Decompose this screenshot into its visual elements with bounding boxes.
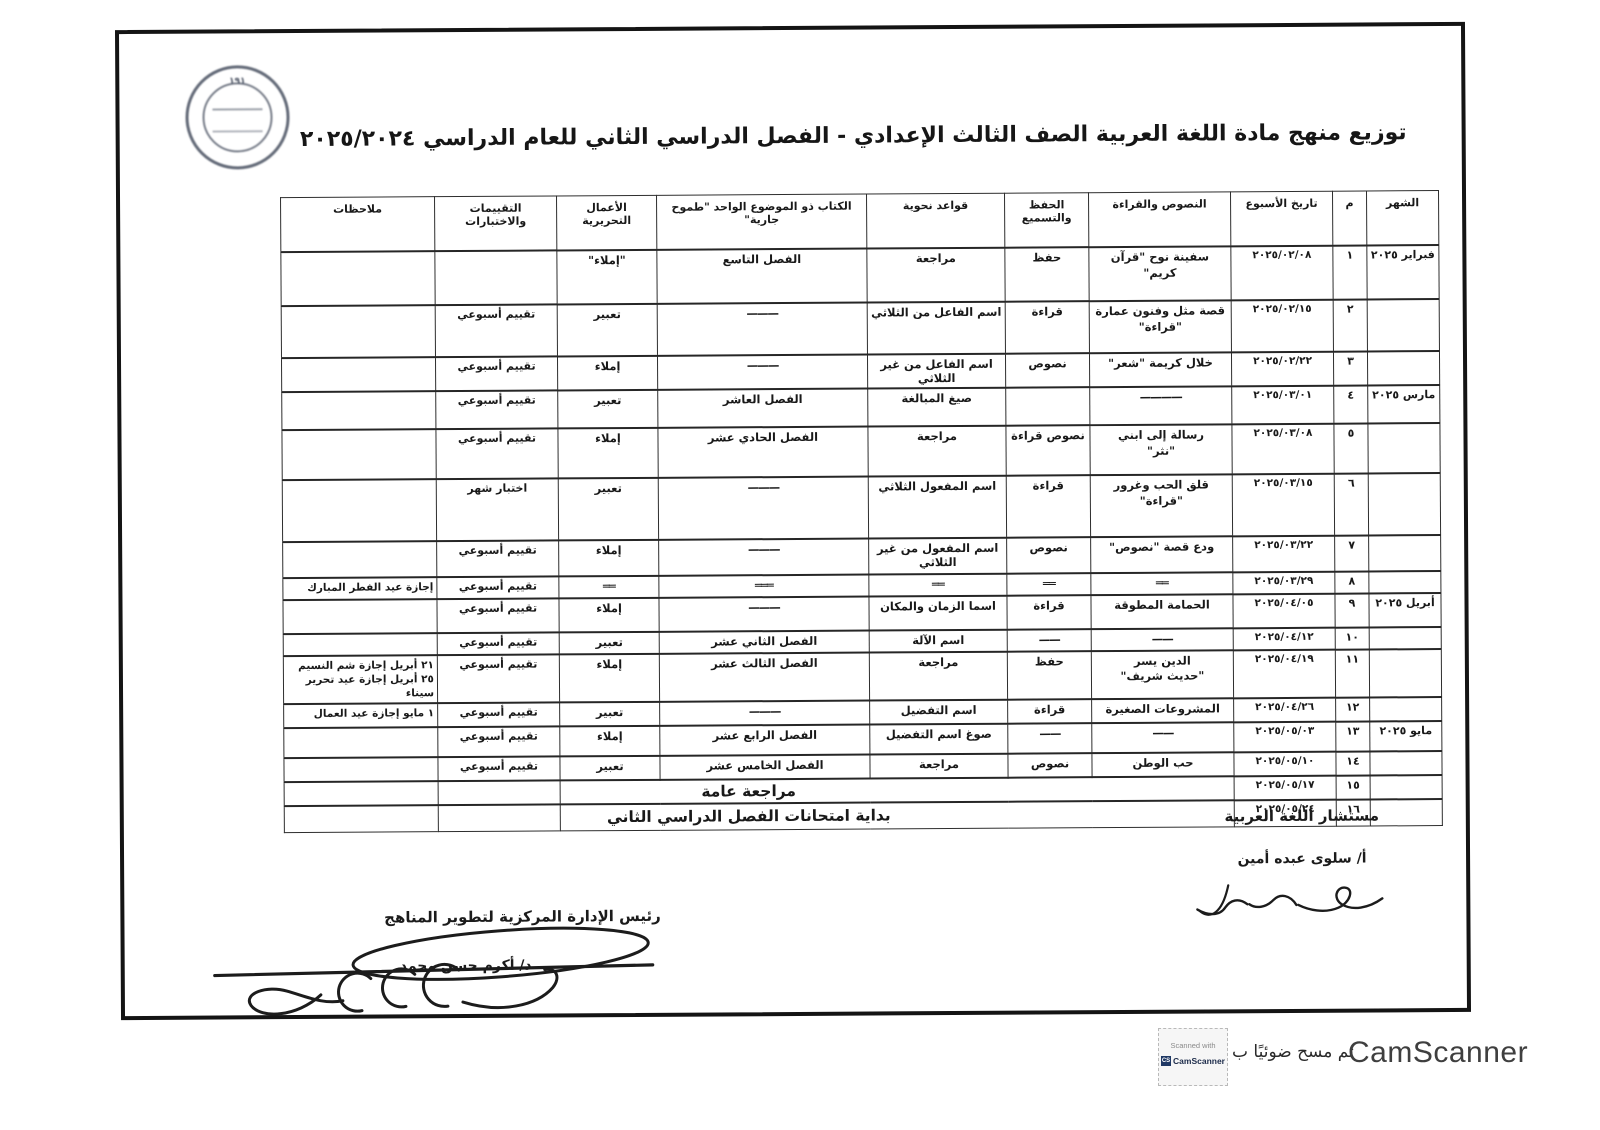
table-cell: حفظ xyxy=(1007,651,1091,700)
table-cell: اسم المفعول من غير الثلاثي xyxy=(869,538,1007,575)
table-cell xyxy=(1369,649,1441,698)
table-cell: ——— xyxy=(659,597,869,632)
table-cell: تعبير xyxy=(560,756,660,781)
table-cell: ٣ xyxy=(1333,351,1367,385)
table-cell: تقييم أسبوعي xyxy=(437,632,559,654)
right-signature-scribble xyxy=(1192,864,1392,935)
table-cell xyxy=(283,599,437,634)
table-cell: قراءة xyxy=(1005,301,1089,354)
table-cell xyxy=(284,781,438,806)
table-cell xyxy=(1006,387,1090,426)
table-cell: نصوص xyxy=(1008,753,1092,778)
table-row: ١١٢٠٢٥/٠٤/١٩الدين يسر "حديث شريف"حفظمراج… xyxy=(283,649,1441,705)
table-cell xyxy=(1368,473,1440,535)
table-cell: ٢٠٢٥/٠٣/١٥ xyxy=(1232,474,1334,537)
table-cell: ١٤ xyxy=(1336,752,1370,776)
table-cell: تعبير xyxy=(558,390,658,429)
document-title: توزيع منهج مادة اللغة العربية الصف الثال… xyxy=(367,120,1407,151)
table-cell: نصوص xyxy=(1007,537,1091,574)
table-cell: مراجعة xyxy=(869,651,1007,700)
table-cell: ———— xyxy=(1090,386,1232,425)
table-cell: إملاء xyxy=(557,356,657,391)
table-cell: اختبار شهر xyxy=(436,478,558,541)
table-cell xyxy=(1370,751,1442,775)
table-cell: بداية امتحانات الفصل الدراسي الثاني xyxy=(560,800,1234,830)
table-cell: تقييم أسبوعي xyxy=(437,598,559,633)
table-cell: الفصل الرابع عشر xyxy=(660,725,870,756)
table-cell: حفظ xyxy=(1005,247,1089,302)
table-cell: مراجعة xyxy=(868,426,1006,477)
table-cell: اسم الفاعل من غير الثلاثي xyxy=(867,354,1005,389)
table-cell xyxy=(283,541,437,578)
table-cell: تعبير xyxy=(558,478,658,541)
curriculum-table-wrap: الشهرمتاريخ الأسبوعالنصوص والقراءةالحفظ … xyxy=(280,190,1443,833)
table-cell: ——— xyxy=(658,477,868,540)
table-cell: ——— xyxy=(657,355,867,390)
table-row: ٢٢٠٢٥/٠٢/١٥قصة مثل وفنون عمارة "قراءة"قر… xyxy=(281,299,1439,358)
table-cell xyxy=(1369,627,1441,649)
table-cell xyxy=(284,727,438,758)
table-cell: قراءة xyxy=(1007,595,1091,630)
table-cell: ودع قصة "نصوص" xyxy=(1091,536,1233,573)
table-cell xyxy=(284,805,438,832)
camscanner-arabic-note: تم مسح ضوئيًا ب xyxy=(1232,1042,1354,1062)
table-cell: ٧ xyxy=(1335,535,1369,571)
table-cell: الفصل العاشر xyxy=(658,389,868,428)
table-cell: تقييم أسبوعي xyxy=(436,428,558,479)
right-signatory-role: مستشار اللغة العربية xyxy=(1182,806,1422,825)
table-cell: إملاء xyxy=(558,428,658,479)
table-cell: ٢٠٢٥/٠٣/٢٩ xyxy=(1233,572,1335,595)
column-header: م xyxy=(1332,191,1366,246)
table-cell: قراءة xyxy=(1008,699,1092,724)
table-cell xyxy=(283,633,437,655)
table-cell: ——— xyxy=(660,701,870,726)
table-cell: ══ xyxy=(1007,573,1091,596)
table-cell: تعبير xyxy=(560,702,660,727)
table-row: ٦٢٠٢٥/٠٣/١٥قلق الحب وغرور "قراءة"قراءةاس… xyxy=(282,473,1440,542)
paper-frame: ١٩١ توزيع منهج مادة اللغة العربية الصف ا… xyxy=(115,22,1471,1020)
column-header: ملاحظات xyxy=(281,197,435,252)
column-header: الكتاب ذو الموضوع الواحد "طموح جارية" xyxy=(657,194,867,250)
table-cell: ٤ xyxy=(1334,385,1368,423)
table-cell: تقييم أسبوعي xyxy=(438,756,560,781)
table-cell: الفصل الثاني عشر xyxy=(659,631,869,654)
table-cell: قراءة xyxy=(1006,475,1090,538)
table-cell: تقييم أسبوعي xyxy=(437,540,559,577)
table-cell: خلال كريمة "شعر" xyxy=(1089,352,1231,387)
table-cell: ٦ xyxy=(1334,473,1368,535)
table-cell: إملاء xyxy=(559,653,659,702)
camscanner-logo-icon: CS xyxy=(1161,1056,1171,1066)
stamp-scribble xyxy=(212,108,262,132)
table-cell: ══ xyxy=(869,574,1007,597)
table-cell: ٨ xyxy=(1335,571,1369,593)
table-row: ٥٢٠٢٥/٠٣/٠٨رسالة إلى ابني "نثر"نصوص قراء… xyxy=(282,423,1440,480)
badge-scanned-with-label: Scanned with xyxy=(1159,1041,1227,1050)
table-cell: إملاء xyxy=(559,598,659,633)
table-cell: إملاء xyxy=(560,726,660,757)
table-cell: تعبير xyxy=(557,304,657,357)
table-cell: نصوص xyxy=(1005,353,1089,388)
column-header: تاريخ الأسبوع xyxy=(1230,191,1332,246)
table-cell: ٥ xyxy=(1334,423,1368,473)
table-cell: فبراير ٢٠٢٥ xyxy=(1367,245,1439,299)
table-cell: "إملاء" xyxy=(557,250,657,305)
table-cell: ١٥ xyxy=(1336,776,1370,800)
table-cell: ١١ xyxy=(1335,649,1369,698)
table-cell: ٢٠٢٥/٠٥/١٠ xyxy=(1234,752,1336,777)
table-cell: ٢٠٢٥/٠٣/٢٢ xyxy=(1233,536,1335,573)
table-cell xyxy=(438,804,560,831)
table-cell: ——— xyxy=(659,539,869,576)
table-cell xyxy=(1368,423,1440,473)
column-header: الحفظ والتسميع xyxy=(1005,193,1089,248)
table-cell: تقييم أسبوعي xyxy=(437,654,559,703)
table-cell: الحمامة المطوقة xyxy=(1091,594,1233,629)
table-cell: ٢٠٢٥/٠٣/٠٨ xyxy=(1232,424,1334,475)
table-cell: الدين يسر "حديث شريف" xyxy=(1091,650,1233,699)
column-header: التقييمات والاختبارات xyxy=(435,196,557,251)
table-cell: الفصل التاسع xyxy=(657,249,867,304)
table-cell: ١٣ xyxy=(1336,722,1370,752)
table-cell xyxy=(281,251,435,306)
table-row: فبراير ٢٠٢٥١٢٠٢٥/٠٢/٠٨سفينة نوح "قرآن كر… xyxy=(281,245,1439,306)
table-cell: المشروعات الصغيرة xyxy=(1092,698,1234,723)
table-cell: تعبير xyxy=(559,632,659,654)
table-cell xyxy=(284,757,438,782)
table-cell: ══ xyxy=(559,576,659,599)
table-cell xyxy=(438,780,560,805)
table-cell xyxy=(1369,535,1441,571)
table-cell: ٢٠٢٥/٠٥/٠٣ xyxy=(1234,722,1336,753)
table-cell xyxy=(281,357,435,392)
scanned-page: ١٩١ توزيع منهج مادة اللغة العربية الصف ا… xyxy=(0,0,1600,1130)
table-cell: تقييم أسبوعي xyxy=(435,304,557,357)
table-cell: قلق الحب وغرور "قراءة" xyxy=(1090,474,1232,537)
table-cell: ٢٠٢٥/٠٢/٠٨ xyxy=(1231,246,1333,301)
table-cell: ٢١ أبريل إجازة شم النسيم ٢٥ أبريل إجازة … xyxy=(283,655,437,704)
table-cell xyxy=(1370,775,1442,799)
table-cell: ٢٠٢٥/٠٥/١٧ xyxy=(1234,776,1336,801)
table-cell: تقييم أسبوعي xyxy=(438,726,560,757)
official-round-stamp: ١٩١ xyxy=(185,65,290,170)
table-cell: تقييم أسبوعي xyxy=(436,390,558,429)
table-cell: ٢٠٢٥/٠٣/٠١ xyxy=(1232,386,1334,425)
table-cell: ٢٠٢٥/٠٤/٠٥ xyxy=(1233,594,1335,629)
table-cell: ——— xyxy=(657,303,867,356)
table-cell: اسم المفعول الثلاثي xyxy=(868,476,1006,539)
table-cell: نصوص قراءة xyxy=(1006,425,1090,476)
table-cell: ٩ xyxy=(1335,593,1369,627)
table-cell xyxy=(1367,351,1439,385)
table-cell: ١٢ xyxy=(1336,698,1370,722)
table-cell: الفصل الحادي عشر xyxy=(658,427,868,478)
table-cell xyxy=(435,250,557,305)
column-header: الشهر xyxy=(1366,191,1438,246)
table-cell: —— xyxy=(1008,723,1092,754)
table-cell xyxy=(1369,571,1441,593)
table-cell: إجازة عيد الفطر المبارك xyxy=(283,577,437,600)
table-cell: ٢٠٢٥/٠٤/١٢ xyxy=(1233,628,1335,650)
table-cell: ١٠ xyxy=(1335,627,1369,649)
table-cell: —— xyxy=(1092,722,1234,753)
column-header: الأعمال التحريرية xyxy=(557,195,657,250)
table-cell xyxy=(281,305,435,358)
table-cell: ٢٠٢٥/٠٤/٢٦ xyxy=(1234,698,1336,723)
table-cell xyxy=(1370,697,1442,721)
table-cell: تقييم أسبوعي xyxy=(435,356,557,391)
table-cell: ٢٠٢٥/٠٢/٢٢ xyxy=(1231,352,1333,387)
table-cell: —— xyxy=(1007,629,1091,651)
table-cell: ═══ xyxy=(659,575,869,598)
table-cell: تقييم أسبوعي xyxy=(437,576,559,599)
table-cell: الفصل الخامس عشر xyxy=(660,755,870,780)
table-cell xyxy=(282,479,436,542)
table-cell: اسما الزمان والمكان xyxy=(869,596,1007,631)
table-cell: ٢٠٢٥/٠٤/١٩ xyxy=(1233,649,1335,698)
table-cell: مراجعة xyxy=(867,248,1005,303)
table-cell xyxy=(282,391,436,430)
table-cell: مايو ٢٠٢٥ xyxy=(1370,721,1442,751)
column-header: قواعد نحوية xyxy=(867,193,1005,248)
table-cell xyxy=(1367,299,1439,351)
column-header: النصوص والقراءة xyxy=(1089,192,1231,247)
table-cell: ١ مايو إجازة عيد العمال xyxy=(284,703,438,728)
table-header-row: الشهرمتاريخ الأسبوعالنصوص والقراءةالحفظ … xyxy=(281,191,1439,253)
table-cell: مارس ٢٠٢٥ xyxy=(1368,385,1440,423)
curriculum-table: الشهرمتاريخ الأسبوعالنصوص والقراءةالحفظ … xyxy=(280,190,1443,833)
table-cell: ٢ xyxy=(1333,299,1367,351)
badge-camscanner-label: CamScanner xyxy=(1173,1056,1225,1066)
left-signature-scribble xyxy=(200,915,681,1033)
table-cell: صوغ اسم التفضيل xyxy=(870,724,1008,755)
table-cell: ١ xyxy=(1333,245,1367,299)
camscanner-watermark: CamScanner xyxy=(1348,1036,1528,1070)
table-cell: تقييم أسبوعي xyxy=(438,702,560,727)
table-cell: صيغ المبالغة xyxy=(868,388,1006,427)
table-cell xyxy=(282,429,436,480)
table-cell: —— xyxy=(1091,628,1233,650)
table-cell: اسم الآلة xyxy=(869,630,1007,652)
table-cell: رسالة إلى ابني "نثر" xyxy=(1090,424,1232,475)
table-cell: ٢٠٢٥/٠٢/١٥ xyxy=(1231,300,1333,353)
table-cell: اسم التفضيل xyxy=(870,700,1008,725)
table-cell: اسم الفاعل من الثلاثي xyxy=(867,302,1005,355)
table-cell: أبريل ٢٠٢٥ xyxy=(1369,593,1441,627)
table-cell: إملاء xyxy=(559,540,659,577)
table-cell: ══ xyxy=(1091,572,1233,595)
camscanner-badge: Scanned with CS CamScanner xyxy=(1158,1028,1228,1086)
table-cell: سفينة نوح "قرآن كريم" xyxy=(1089,246,1231,301)
table-cell: حب الوطن xyxy=(1092,752,1234,777)
table-cell: قصة مثل وفنون عمارة "قراءة" xyxy=(1089,300,1231,353)
table-cell: الفصل الثالث عشر xyxy=(659,652,869,702)
table-cell: مراجعة xyxy=(870,754,1008,779)
